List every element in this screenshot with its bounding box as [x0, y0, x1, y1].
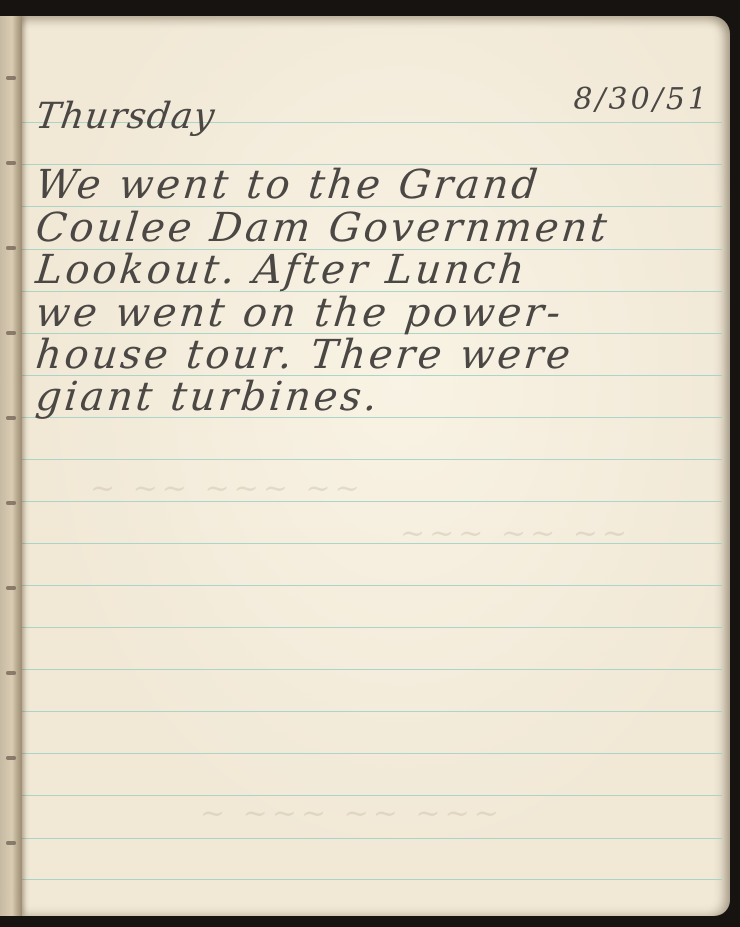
binding-stitch — [6, 161, 16, 165]
notebook-page: ~ ~~ ~~~ ~~ ~~~ ~~ ~~ ~ ~~~ ~~ ~~~ Thurs… — [0, 16, 730, 916]
bleed-through-impression: ~~~ ~~ ~~ — [400, 516, 631, 551]
bleed-through-impression: ~ ~~~ ~~ ~~~ — [200, 796, 503, 831]
spiral-binding-edge — [0, 16, 22, 916]
diary-day-heading: Thursday — [33, 96, 218, 137]
ruled-line — [0, 459, 722, 460]
ruled-line — [0, 585, 722, 586]
bleed-through-impression: ~ ~~ ~~~ ~~ — [90, 471, 364, 506]
binding-stitch — [6, 501, 16, 505]
binding-stitch — [6, 756, 16, 760]
binding-stitch — [6, 76, 16, 80]
ruled-line — [0, 753, 722, 754]
binding-stitch — [6, 841, 16, 845]
binding-stitch — [6, 331, 16, 335]
ruled-line — [0, 711, 722, 712]
diary-text-line: giant turbines. — [34, 374, 383, 420]
binding-stitch — [6, 586, 16, 590]
ruled-line — [0, 627, 722, 628]
diary-text-line: We went to the Grand — [34, 162, 543, 208]
ruled-line — [0, 669, 722, 670]
diary-text-line: Coulee Dam Government — [34, 205, 612, 251]
binding-stitch — [6, 246, 16, 250]
diary-text-line: Lookout. After Lunch — [34, 247, 530, 293]
photo-background: ~ ~~ ~~~ ~~ ~~~ ~~ ~~ ~ ~~~ ~~ ~~~ Thurs… — [0, 0, 740, 927]
diary-date: 8/30/51 — [573, 82, 710, 117]
binding-stitch — [6, 416, 16, 420]
ruled-line — [0, 879, 722, 880]
ruled-line — [0, 838, 722, 839]
diary-text-line: we went on the power- — [34, 290, 566, 336]
diary-text-line: house tour. There were — [34, 332, 576, 378]
binding-stitch — [6, 671, 16, 675]
